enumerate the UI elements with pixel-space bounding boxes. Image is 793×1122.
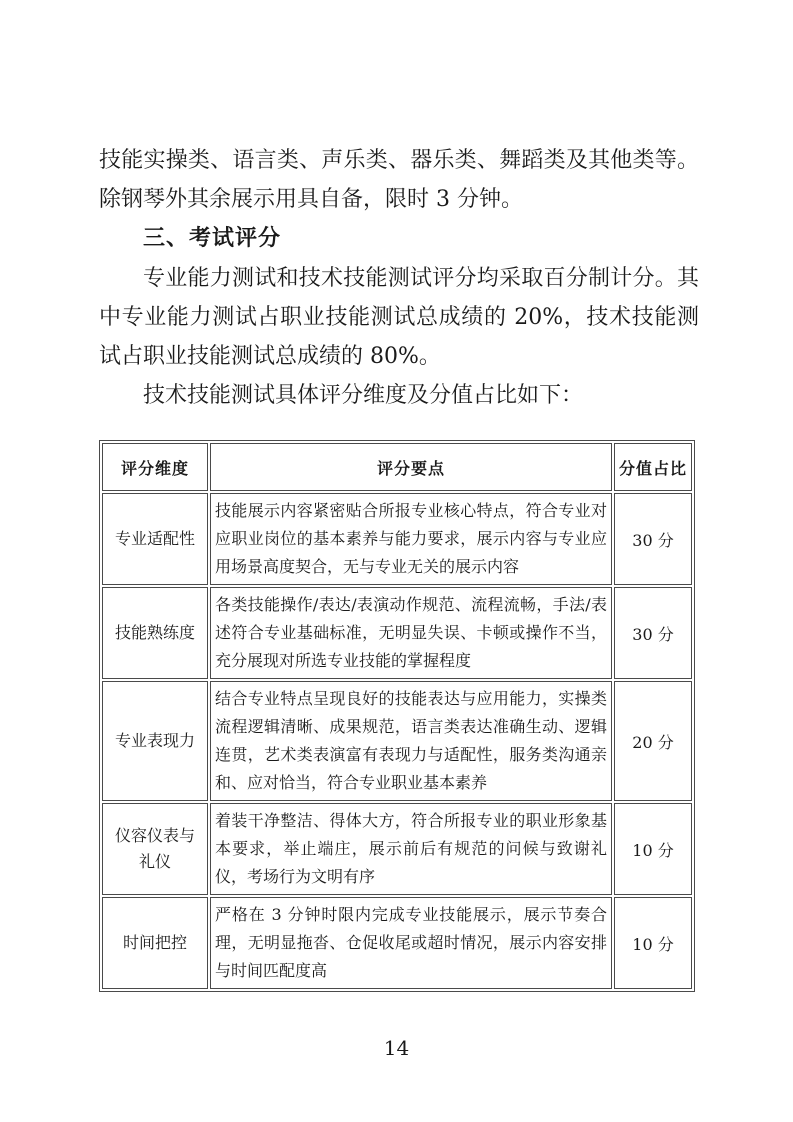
points-cell: 严格在 3 分钟时限内完成专业技能展示，展示节奏合理，无明显拖沓、仓促收尾或超时… (210, 897, 612, 989)
dimension-cell: 专业适配性 (102, 493, 208, 585)
table-row: 仪容仪表与礼仪 着装干净整洁、得体大方，符合所报专业的职业形象基本要求，举止端庄… (102, 803, 692, 895)
paragraph-table-intro: 技术技能测试具体评分维度及分值占比如下： (99, 376, 699, 415)
table-row: 专业表现力 结合专业特点呈现良好的技能表达与应用能力，实操类流程逻辑清晰、成果规… (102, 681, 692, 801)
header-score: 分值占比 (614, 443, 692, 491)
points-cell: 各类技能操作/表达/表演动作规范、流程流畅，手法/表述符合专业基础标准，无明显失… (210, 587, 612, 679)
table-row: 时间把控 严格在 3 分钟时限内完成专业技能展示，展示节奏合理，无明显拖沓、仓促… (102, 897, 692, 989)
section-heading: 三、考试评分 (99, 219, 699, 259)
score-cell: 30 分 (614, 493, 692, 585)
table-row: 技能熟练度 各类技能操作/表达/表演动作规范、流程流畅，手法/表述符合专业基础标… (102, 587, 692, 679)
dimension-cell: 专业表现力 (102, 681, 208, 801)
points-cell: 结合专业特点呈现良好的技能表达与应用能力，实操类流程逻辑清晰、成果规范，语言类表… (210, 681, 612, 801)
points-cell: 技能展示内容紧密贴合所报专业核心特点，符合专业对应职业岗位的基本素养与能力要求，… (210, 493, 612, 585)
dimension-cell: 时间把控 (102, 897, 208, 989)
document-page: 技能实操类、语言类、声乐类、器乐类、舞蹈类及其他类等。除钢琴外其余展示用具自备，… (0, 0, 793, 1122)
score-cell: 20 分 (614, 681, 692, 801)
score-cell: 10 分 (614, 897, 692, 989)
page-content: 技能实操类、语言类、声乐类、器乐类、舞蹈类及其他类等。除钢琴外其余展示用具自备，… (99, 141, 699, 992)
paragraph-scoring: 专业能力测试和技术技能测试评分均采取百分制计分。其中专业能力测试占职业技能测试总… (99, 259, 699, 376)
dimension-cell: 技能熟练度 (102, 587, 208, 679)
paragraph-continued: 技能实操类、语言类、声乐类、器乐类、舞蹈类及其他类等。除钢琴外其余展示用具自备，… (99, 141, 699, 219)
scoring-table: 评分维度 评分要点 分值占比 专业适配性 技能展示内容紧密贴合所报专业核心特点，… (99, 440, 695, 992)
header-points: 评分要点 (210, 443, 612, 491)
table-header-row: 评分维度 评分要点 分值占比 (102, 443, 692, 491)
dimension-cell: 仪容仪表与礼仪 (102, 803, 208, 895)
header-dimension: 评分维度 (102, 443, 208, 491)
page-number: 14 (0, 1036, 793, 1060)
score-cell: 10 分 (614, 803, 692, 895)
points-cell: 着装干净整洁、得体大方，符合所报专业的职业形象基本要求，举止端庄，展示前后有规范… (210, 803, 612, 895)
score-cell: 30 分 (614, 587, 692, 679)
table-row: 专业适配性 技能展示内容紧密贴合所报专业核心特点，符合专业对应职业岗位的基本素养… (102, 493, 692, 585)
